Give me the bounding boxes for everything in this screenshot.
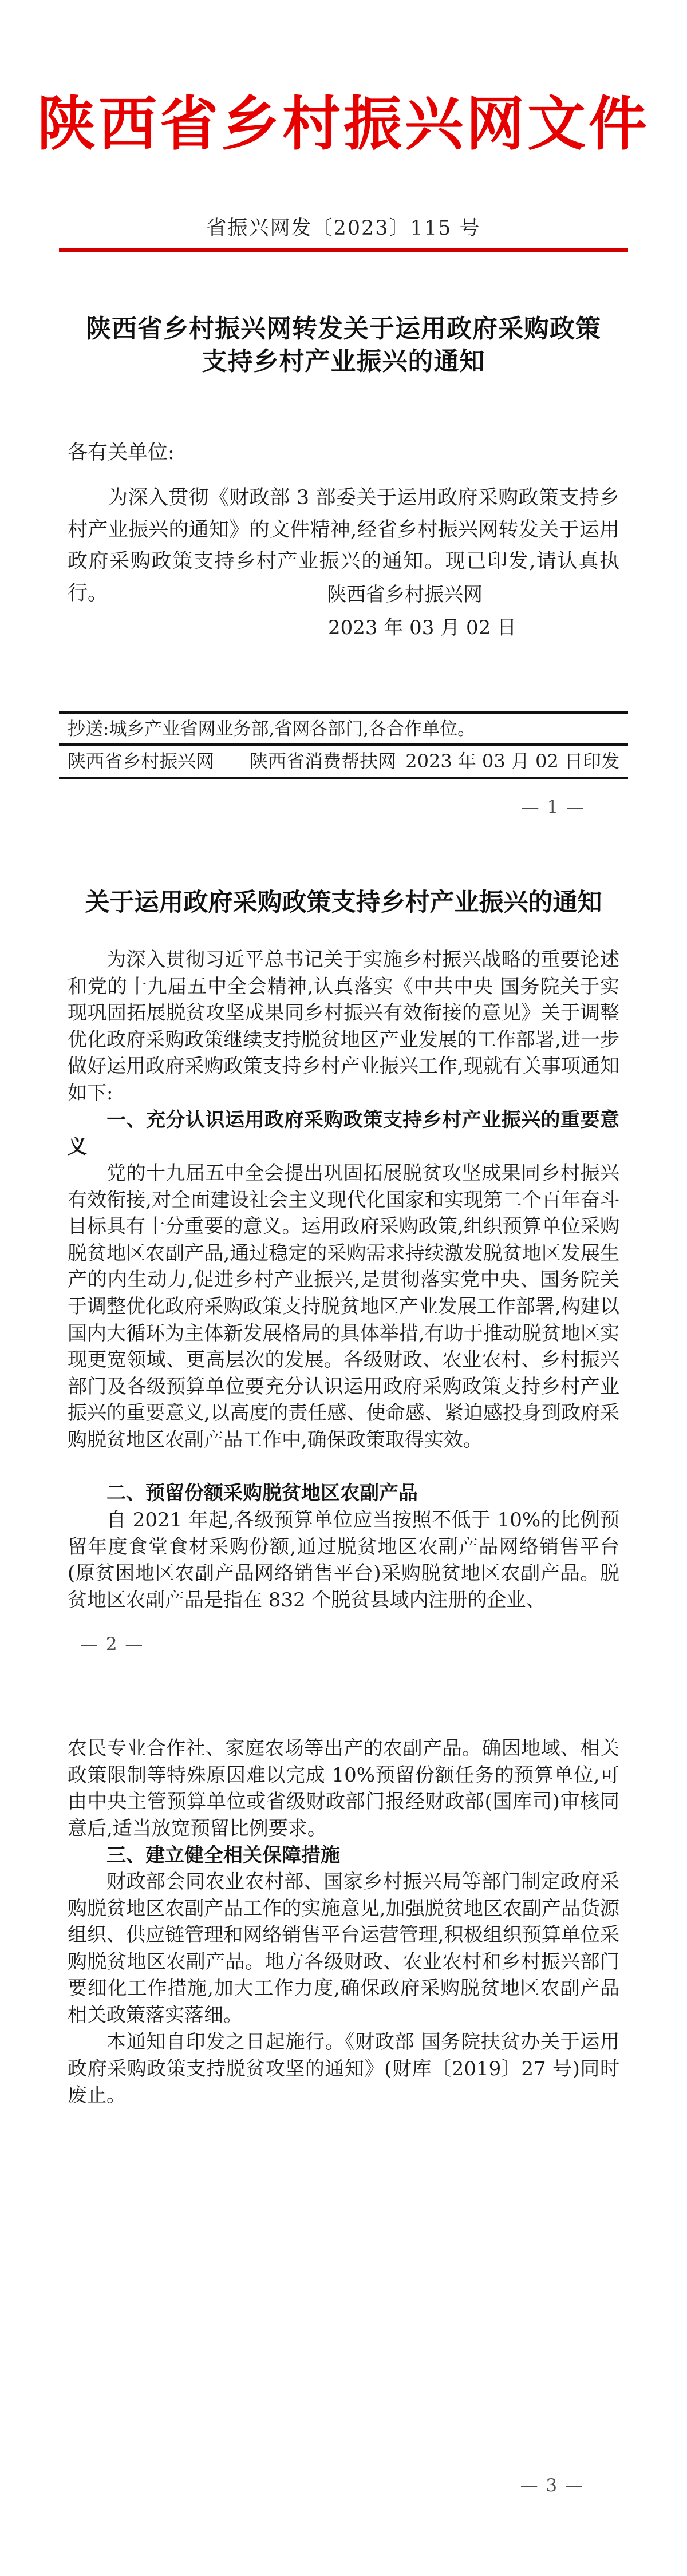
section2-paragraph-page2: 自 2021 年起,各级预算单位应当按照不低于 10%的比例预留年度食堂食材采购… bbox=[68, 1507, 619, 1613]
signature-org: 陕西省乡村振兴网 bbox=[327, 581, 483, 608]
section2-heading: 二、预留份额采购脱贫地区农副产品 bbox=[68, 1480, 619, 1507]
red-separator-rule bbox=[59, 248, 628, 252]
salutation: 各有关单位: bbox=[68, 438, 175, 467]
footer-rule-top bbox=[59, 711, 628, 714]
page-number-2: — 2 — bbox=[80, 1633, 144, 1656]
closing-paragraph: 本通知自印发之日起施行。《财政部 国务院扶贫办关于运用政府采购政策支持脱贫攻坚的… bbox=[68, 2029, 619, 2109]
notice-title: 关于运用政府采购政策支持乡村产业振兴的通知 bbox=[0, 887, 687, 918]
section1-heading: 一、充分认识运用政府采购政策支持乡村产业振兴的重要意义 bbox=[68, 1107, 619, 1160]
cover-title-line2: 支持乡村产业振兴的通知 bbox=[0, 345, 687, 378]
section3-paragraph: 财政部会同农业农村部、国家乡村振兴局等部门制定政府采购脱贫地区农副产品工作的实施… bbox=[68, 1869, 619, 2029]
cc-line: 抄送:城乡产业省网业务部,省网各部门,各合作单位。 bbox=[68, 717, 619, 742]
document-page: 陕西省乡村振兴网文件 省振兴网发〔2023〕115 号 陕西省乡村振兴网转发关于… bbox=[0, 0, 687, 2576]
document-banner: 陕西省乡村振兴网文件 bbox=[0, 81, 687, 167]
cover-title-line1: 陕西省乡村振兴网转发关于运用政府采购政策 bbox=[0, 312, 687, 345]
footer-rule-bottom bbox=[59, 777, 628, 779]
section3-heading: 三、建立健全相关保障措施 bbox=[68, 1842, 619, 1869]
issuer-row: 陕西省乡村振兴网 陕西省消费帮扶网 2023 年 03 月 02 日印发 bbox=[68, 749, 619, 774]
print-date: 2023 年 03 月 02 日印发 bbox=[405, 749, 619, 774]
footer-rule-middle bbox=[59, 743, 628, 746]
document-number: 省振兴网发〔2023〕115 号 bbox=[0, 215, 687, 242]
issuer-org-2: 陕西省消费帮扶网 bbox=[250, 749, 396, 774]
section2-paragraph-page3: 农民专业合作社、家庭农场等出产的农副产品。确因地域、相关政策限制等特殊原因难以完… bbox=[68, 1735, 619, 1842]
page-number-3: — 3 — bbox=[520, 2474, 584, 2497]
signature-date: 2023 年 03 月 02 日 bbox=[328, 615, 516, 641]
section1-paragraph: 党的十九届五中全会提出巩固拓展脱贫攻坚成果同乡村振兴有效衔接,对全面建设社会主义… bbox=[68, 1160, 619, 1454]
issuer-org-1: 陕西省乡村振兴网 bbox=[68, 749, 214, 774]
page-number-1: — 1 — bbox=[522, 796, 585, 818]
notice-intro-paragraph: 为深入贯彻习近平总书记关于实施乡村振兴战略的重要论述和党的十九届五中全会精神,认… bbox=[68, 947, 619, 1107]
